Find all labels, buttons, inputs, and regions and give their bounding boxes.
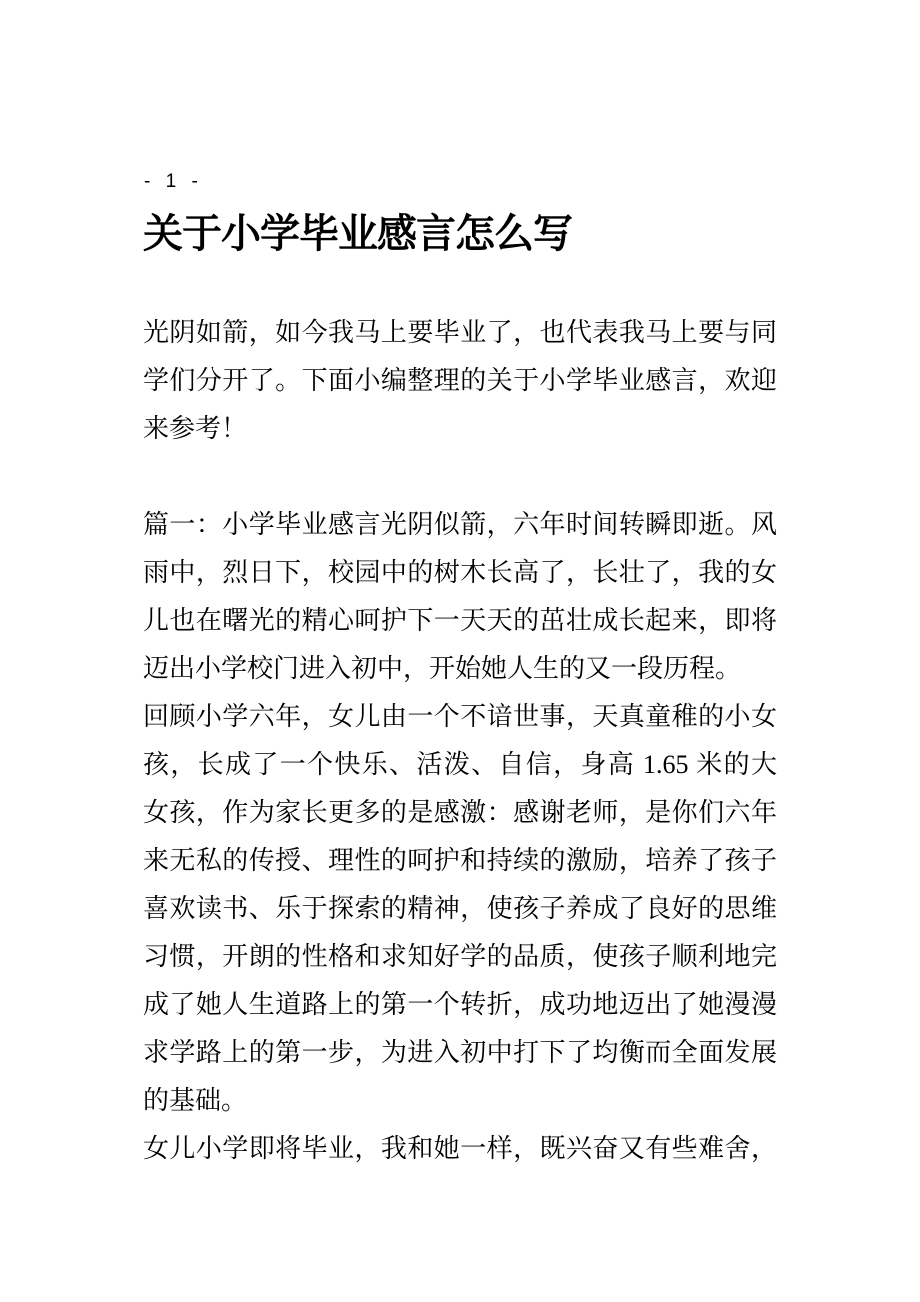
paragraph-section-one: 篇一：小学毕业感言光阴似箭，六年时间转瞬即逝。风 雨中，烈日下，校园中的树木长高… xyxy=(143,501,777,693)
text-line: 孩，长成了一个快乐、活泼、自信，身高 1.65 米的大 xyxy=(143,741,777,789)
text-line: 喜欢读书、乐于探索的精神，使孩子养成了良好的思维 xyxy=(143,885,777,933)
text-line: 回顾小学六年，女儿由一个不谙世事，天真童稚的小女 xyxy=(143,693,777,741)
text-line: 迈出小学校门进入初中，开始她人生的又一段历程。 xyxy=(143,645,777,693)
paragraph-section-three: 女儿小学即将毕业，我和她一样，既兴奋又有些难舍， xyxy=(143,1125,777,1173)
document-body: 光阴如箭，如今我马上要毕业了，也代表我马上要与同 学们分开了。下面小编整理的关于… xyxy=(143,309,777,1173)
text-line: 成了她人生道路上的第一个转折，成功地迈出了她漫漫 xyxy=(143,981,777,1029)
paragraph-intro: 光阴如箭，如今我马上要毕业了，也代表我马上要与同 学们分开了。下面小编整理的关于… xyxy=(143,309,777,453)
document-page: - 1 - 关于小学毕业感言怎么写 光阴如箭，如今我马上要毕业了，也代表我马上要… xyxy=(0,0,920,1302)
paragraph-section-two: 回顾小学六年，女儿由一个不谙世事，天真童稚的小女 孩，长成了一个快乐、活泼、自信… xyxy=(143,693,777,1125)
text-line: 来无私的传授、理性的呵护和持续的激励，培养了孩子 xyxy=(143,837,777,885)
text-line: 学们分开了。下面小编整理的关于小学毕业感言，欢迎 xyxy=(143,357,777,405)
text-line: 来参考！ xyxy=(143,405,777,453)
text-line: 雨中，烈日下，校园中的树木长高了，长壮了，我的女 xyxy=(143,549,777,597)
text-line: 儿也在曙光的精心呵护下一天天的茁壮成长起来，即将 xyxy=(143,597,777,645)
page-number: - 1 - xyxy=(144,171,203,193)
text-line: 女儿小学即将毕业，我和她一样，既兴奋又有些难舍， xyxy=(143,1125,777,1173)
text-line: 女孩，作为家长更多的是感激：感谢老师，是你们六年 xyxy=(143,789,777,837)
text-line: 篇一：小学毕业感言光阴似箭，六年时间转瞬即逝。风 xyxy=(143,501,777,549)
text-line: 求学路上的第一步，为进入初中打下了均衡而全面发展 xyxy=(143,1029,777,1077)
text-line: 习惯，开朗的性格和求知好学的品质，使孩子顺利地完 xyxy=(143,933,777,981)
document-title: 关于小学毕业感言怎么写 xyxy=(143,202,572,259)
text-line: 光阴如箭，如今我马上要毕业了，也代表我马上要与同 xyxy=(143,309,777,357)
text-line: 的基础。 xyxy=(143,1077,777,1125)
